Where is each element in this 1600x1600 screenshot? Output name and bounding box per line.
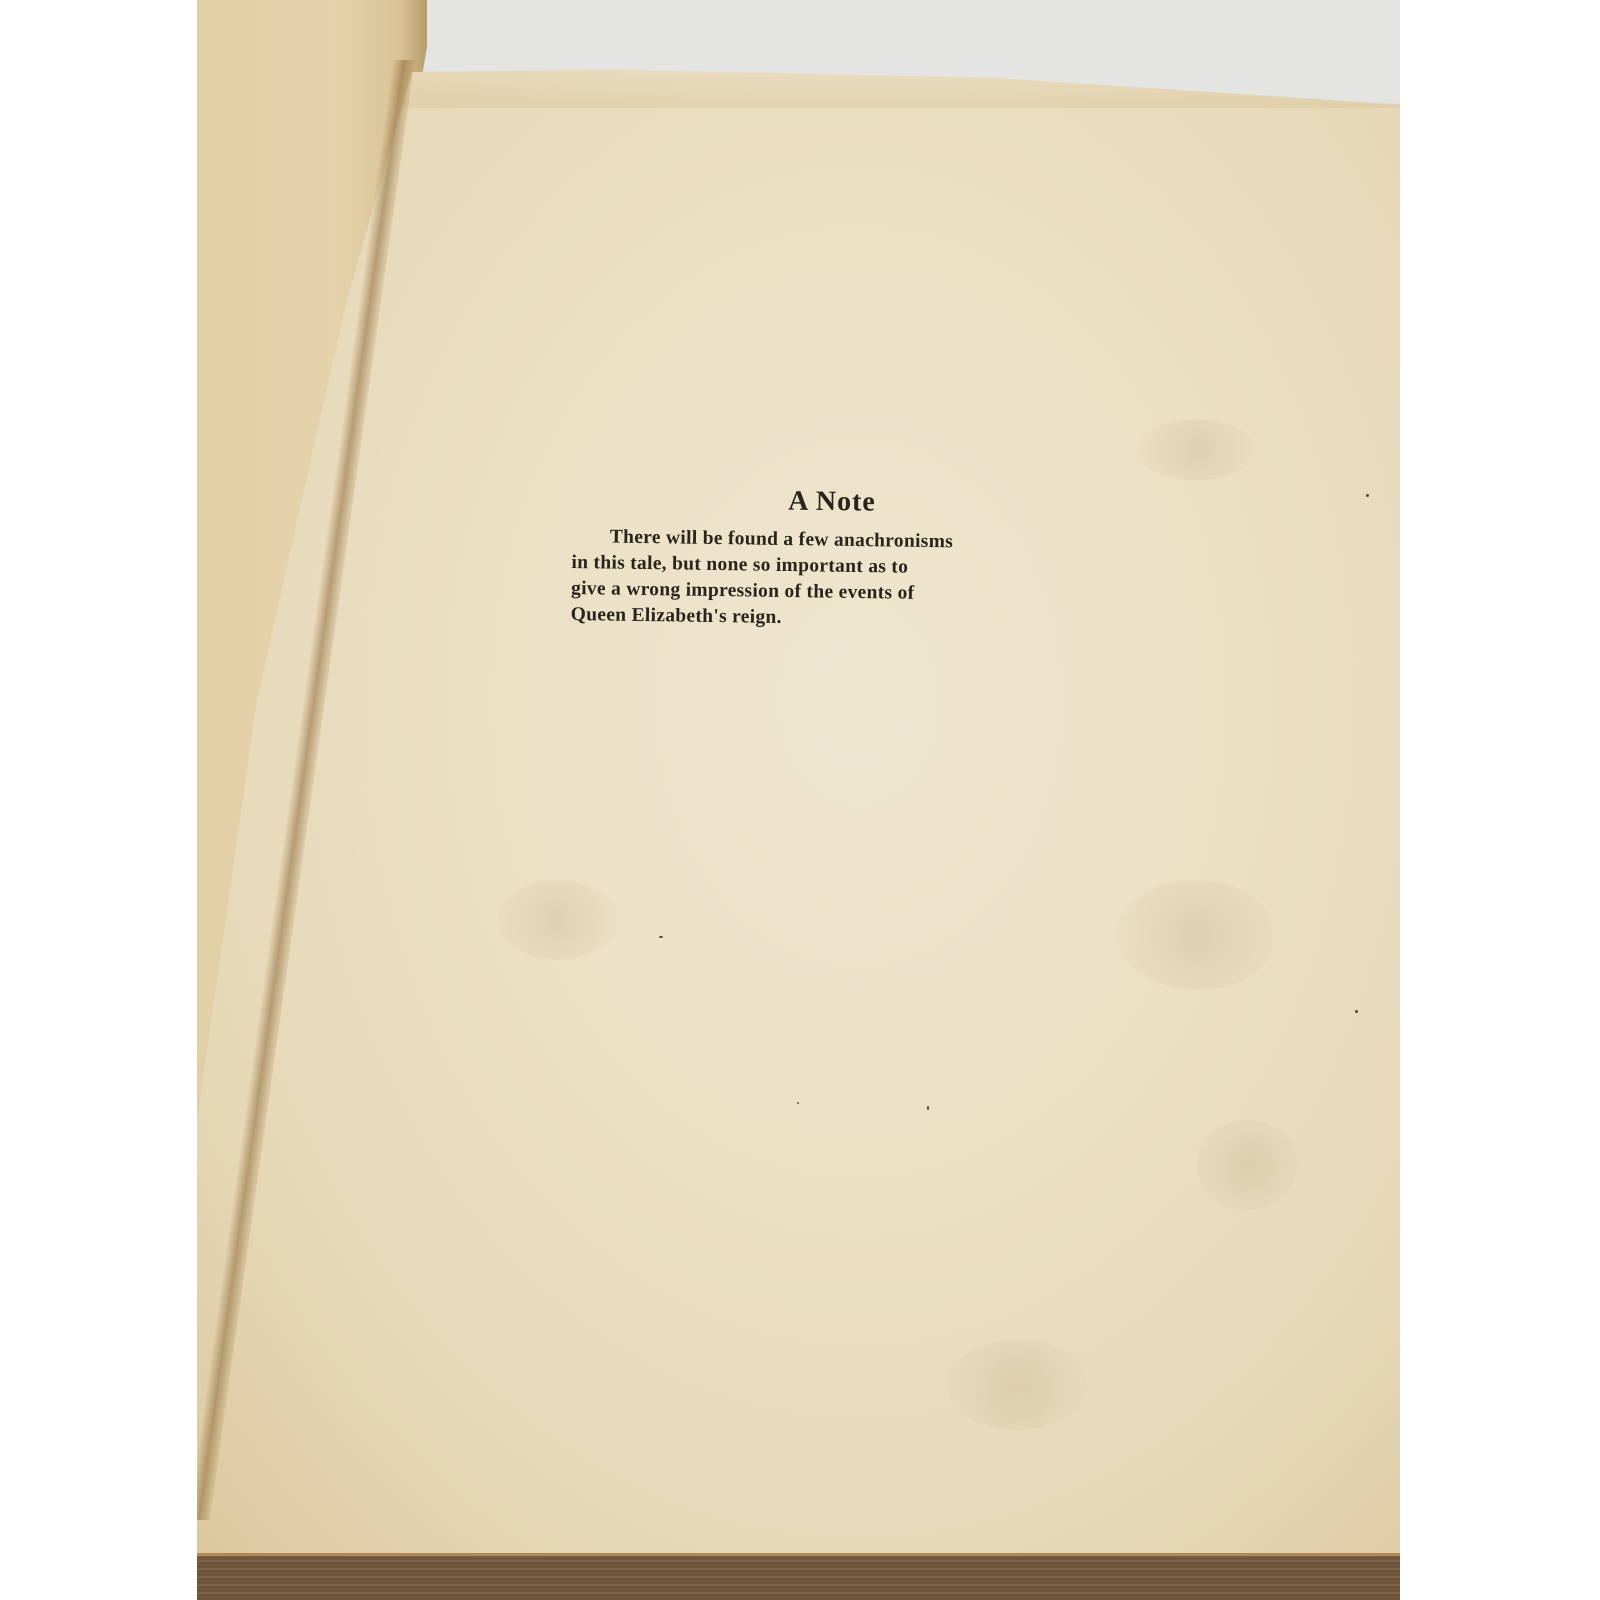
page-stain [497, 880, 617, 960]
page-stain [1197, 1120, 1297, 1210]
paper-speck [659, 936, 663, 938]
paper-speck [797, 1102, 799, 1104]
paper-speck [1366, 494, 1369, 497]
note-body: There will be found a few anachronisms i… [571, 524, 1072, 635]
book-photo: A Note There will be found a few anachro… [197, 0, 1400, 1600]
book-page-block-edge [197, 1553, 1400, 1600]
page-stain [1117, 880, 1277, 990]
note-block: A Note There will be found a few anachro… [572, 486, 1072, 628]
note-title: A Note [572, 483, 1072, 520]
paper-speck [927, 1106, 929, 1110]
paper-speck [1355, 1010, 1358, 1013]
page-top-edge [397, 62, 1400, 108]
page-stain [1137, 420, 1257, 480]
page-stain [947, 1340, 1087, 1430]
